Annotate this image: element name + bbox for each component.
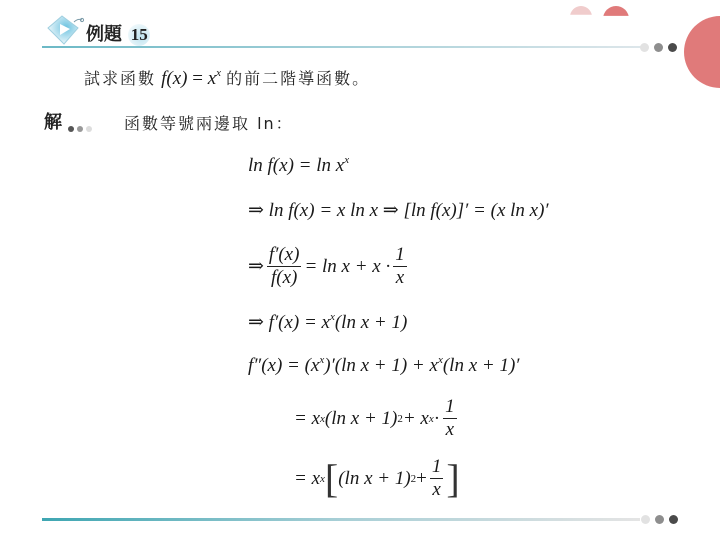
step-7: = xx [ (ln x + 1)2 + 1x ] [294, 456, 460, 501]
diamond-play-icon [44, 14, 84, 48]
header-divider [42, 46, 642, 48]
step-5: f″(x) = (xx)′(ln x + 1) + xx(ln x + 1)′ [248, 354, 519, 377]
step-3: ⇒ f′(x)f(x) = ln x + x · 1x [248, 244, 410, 289]
example-title: 例題 15 [86, 20, 150, 46]
example-number-badge: 15 [128, 24, 150, 46]
example-number: 15 [131, 25, 148, 44]
decor-semicircle-dark [603, 6, 629, 32]
solution-dots [68, 126, 92, 132]
solution-intro: 函數等號兩邊取 ln： [124, 111, 294, 134]
step-1: ln f(x) = ln xx [248, 154, 349, 177]
step-4: ⇒ f′(x) = xx(ln x + 1) [248, 311, 407, 334]
problem-statement: 試求函數 f(x) = xx 的前二階導函數。 [84, 66, 370, 90]
header-dots [640, 43, 677, 52]
step-6: = xx(ln x + 1)2 + xx · 1x [294, 396, 460, 441]
header-icon [44, 14, 84, 48]
step-2: ⇒ ln f(x) = x ln x ⇒ [ln f(x)]′ = (x ln … [248, 199, 549, 222]
decor-half-circle-right [684, 16, 720, 88]
example-label: 例題 [86, 24, 122, 45]
decor-semicircle-light [570, 6, 592, 28]
footer-divider [42, 518, 640, 521]
footer-dots [641, 515, 678, 524]
solution-label: 解 [44, 108, 62, 134]
